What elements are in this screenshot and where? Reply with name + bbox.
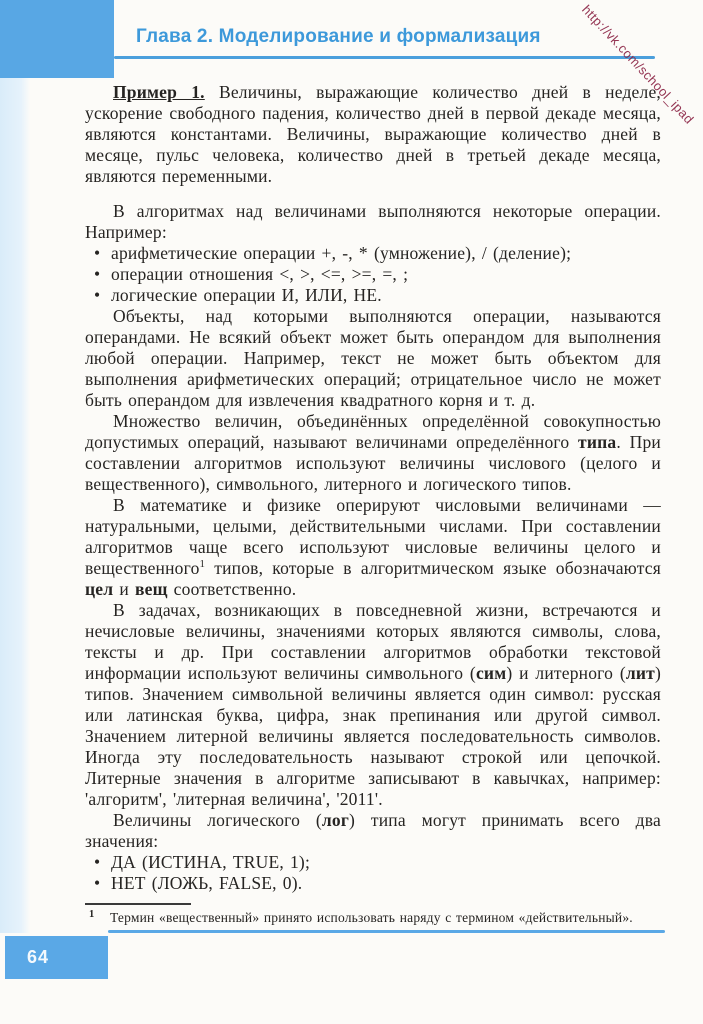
book-page: Глава 2. Моделирование и формализация ht… — [0, 0, 703, 1024]
page-number-badge: 64 — [5, 936, 108, 979]
footnote-text: Термин «вещественный» принято использова… — [110, 910, 633, 925]
footnote-marker: 1 — [89, 907, 94, 924]
chapter-title: Глава 2. Моделирование и формализация — [136, 26, 541, 48]
logical-text: Величины логического ( — [113, 810, 322, 830]
list-item: арифметические операции +, -, * (умножен… — [85, 243, 661, 264]
keyword-type: типа — [578, 432, 616, 452]
header-corner-decoration — [0, 0, 114, 78]
footnote: 1Термин «вещественный» принято использов… — [85, 910, 650, 927]
paragraph-operations-intro: В алгоритмах над величинами выполняются … — [85, 201, 661, 243]
operations-list: арифметические операции +, -, * (умножен… — [85, 243, 661, 306]
logical-values-list: ДА (ИСТИНА, TRUE, 1); НЕТ (ЛОЖЬ, FALSE, … — [85, 852, 661, 894]
list-item: НЕТ (ЛОЖЬ, FALSE, 0). — [85, 873, 661, 894]
symbolic-text-end: ) типов. Значением символьной величины я… — [85, 663, 661, 809]
paragraph-logical: Величины логического (лог) типа могут пр… — [85, 810, 661, 852]
example-label: Пример 1. — [113, 82, 205, 102]
keyword-sym: сим — [476, 663, 506, 683]
keyword-real: вещ — [135, 579, 168, 599]
list-item: операции отношения <, >, <=, >=, =, ; — [85, 264, 661, 285]
list-item: логические операции И, ИЛИ, НЕ. — [85, 285, 661, 306]
numeric-text-and: и — [113, 579, 135, 599]
paragraph-operands: Объекты, над которыми выполняются операц… — [85, 306, 661, 411]
paragraph-numeric: В математике и физике оперируют числовым… — [85, 495, 661, 600]
paragraph-symbolic: В задачах, возникающих в повседневной жи… — [85, 600, 661, 810]
page-number: 64 — [27, 947, 49, 968]
left-margin-stripe — [0, 78, 30, 933]
list-item: ДА (ИСТИНА, TRUE, 1); — [85, 852, 661, 873]
paragraph-example: Пример 1. Величины, выражающие количеств… — [85, 82, 661, 187]
types-text: Множество величин, объединённых определё… — [85, 411, 661, 452]
numeric-text-end: соответственно. — [168, 579, 297, 599]
paragraph-types: Множество величин, объединённых определё… — [85, 411, 661, 495]
page-content: Пример 1. Величины, выражающие количеств… — [85, 74, 661, 927]
keyword-log: лог — [322, 810, 349, 830]
header-rule — [114, 56, 655, 59]
keyword-int: цел — [85, 579, 113, 599]
symbolic-text-mid: ) и литерного ( — [506, 663, 626, 683]
numeric-text-cont: типов, которые в алгоритмическом языке о… — [205, 558, 661, 578]
footnote-separator — [85, 903, 191, 905]
footer-rule — [108, 930, 665, 933]
keyword-lit: лит — [626, 663, 655, 683]
